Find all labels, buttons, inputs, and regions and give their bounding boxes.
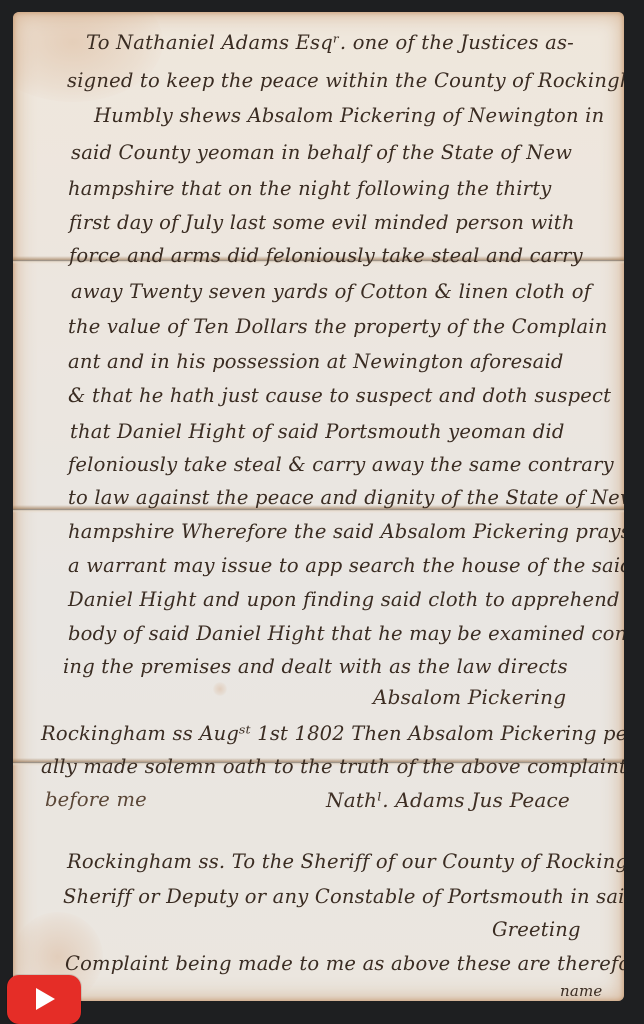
play-icon (36, 988, 55, 1010)
text-line: signed to keep the peace within the Coun… (67, 71, 624, 91)
complainant-signature: Absalom Pickering (373, 687, 566, 707)
text-line: ing the premises and dealt with as the l… (63, 657, 568, 677)
text-line: feloniously take steal & carry away the … (68, 455, 614, 475)
text-line: Daniel Hight and upon finding said cloth… (68, 590, 624, 610)
text-line: the value of Ten Dollars the property of… (68, 317, 608, 337)
text-line: a warrant may issue to app search the ho… (68, 556, 624, 576)
text-line: said County yeoman in behalf of the Stat… (71, 143, 572, 163)
video-play-button[interactable] (7, 975, 81, 1024)
catchword: name (560, 984, 603, 999)
text-line: force and arms did feloniously take stea… (69, 246, 583, 266)
oath-line: ally made solemn oath to the truth of th… (41, 757, 624, 777)
text-line: first day of July last some evil minded … (69, 213, 575, 233)
text-line: & that he hath just cause to suspect and… (68, 386, 611, 406)
warrant-body-line: Complaint being made to me as above thes… (65, 954, 624, 974)
text-line: hampshire Wherefore the said Absalom Pic… (68, 522, 624, 542)
text-line: body of said Daniel Hight that he may be… (68, 624, 624, 644)
oath-line: Rockingham ss Augˢᵗ 1st 1802 Then Absalo… (41, 724, 624, 744)
justice-signature: Nathˡ. Adams Jus Peace (326, 790, 570, 810)
text-line: to law against the peace and dignity of … (68, 488, 624, 508)
text-line: ant and in his possession at Newington a… (68, 352, 564, 372)
oath-line: before me (45, 790, 147, 810)
greeting: Greeting (492, 920, 581, 940)
text-line: To Nathaniel Adams Esqʳ. one of the Just… (86, 33, 574, 53)
text-line: Humbly shews Absalom Pickering of Newing… (94, 106, 604, 126)
text-line: that Daniel Hight of said Portsmouth yeo… (70, 422, 565, 442)
text-line: hampshire that on the night following th… (68, 179, 551, 199)
warrant-line: Sheriff or Deputy or any Constable of Po… (63, 887, 624, 907)
document-viewer: To Nathaniel Adams Esqʳ. one of the Just… (0, 0, 644, 1024)
spot-stain (213, 682, 227, 696)
manuscript-page: To Nathaniel Adams Esqʳ. one of the Just… (13, 12, 624, 1001)
text-line: away Twenty seven yards of Cotton & line… (71, 282, 591, 302)
warrant-line: Rockingham ss. To the Sheriff of our Cou… (67, 852, 624, 872)
